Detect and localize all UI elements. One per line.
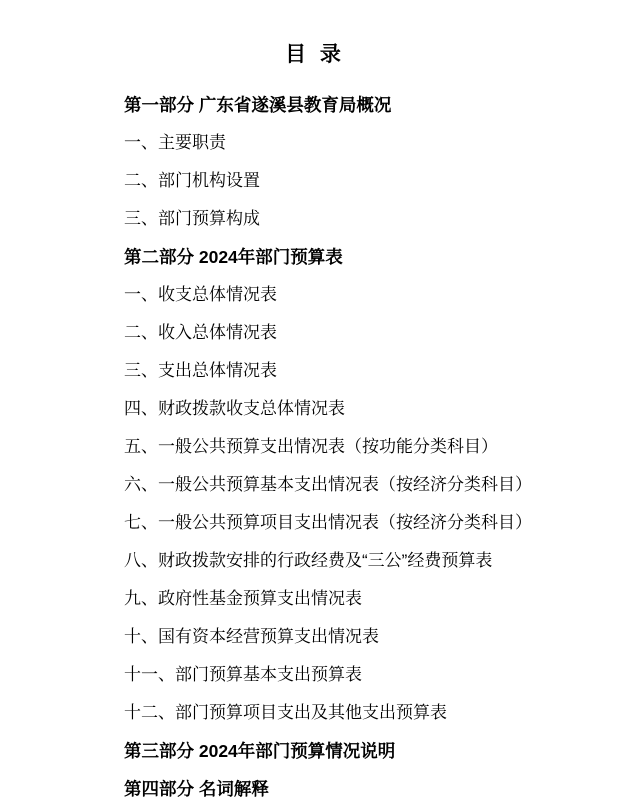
toc-item: 十二、部门预算项目支出及其他支出预算表 [124,694,600,732]
toc-section-heading: 第三部分 2024年部门预算情况说明 [124,732,600,770]
toc-section-heading: 第一部分 广东省遂溪县教育局概况 [124,86,600,124]
toc-section-heading: 第二部分 2024年部门预算表 [124,238,600,276]
toc-item: 二、收入总体情况表 [124,314,600,352]
toc-item: 一、主要职责 [124,124,600,162]
toc-list: 第一部分 广东省遂溪县教育局概况一、主要职责二、部门机构设置三、部门预算构成第二… [124,86,600,806]
toc-item: 八、财政拨款安排的行政经费及“三公”经费预算表 [124,542,600,580]
toc-item: 六、一般公共预算基本支出情况表（按经济分类科目） [124,466,600,504]
toc-item: 九、政府性基金预算支出情况表 [124,580,600,618]
toc-item: 一、收支总体情况表 [124,276,600,314]
toc-item: 五、一般公共预算支出情况表（按功能分类科目） [124,428,600,466]
toc-item: 七、一般公共预算项目支出情况表（按经济分类科目） [124,504,600,542]
toc-item: 三、部门预算构成 [124,200,600,238]
toc-item: 四、财政拨款收支总体情况表 [124,390,600,428]
page-title: 目 录 [0,38,630,68]
toc-item: 二、部门机构设置 [124,162,600,200]
toc-item: 十、国有资本经营预算支出情况表 [124,618,600,656]
document-page: 目 录 第一部分 广东省遂溪县教育局概况一、主要职责二、部门机构设置三、部门预算… [0,0,630,806]
toc-section-heading: 第四部分 名词解释 [124,770,600,806]
toc-item: 十一、部门预算基本支出预算表 [124,656,600,694]
toc-item: 三、支出总体情况表 [124,352,600,390]
